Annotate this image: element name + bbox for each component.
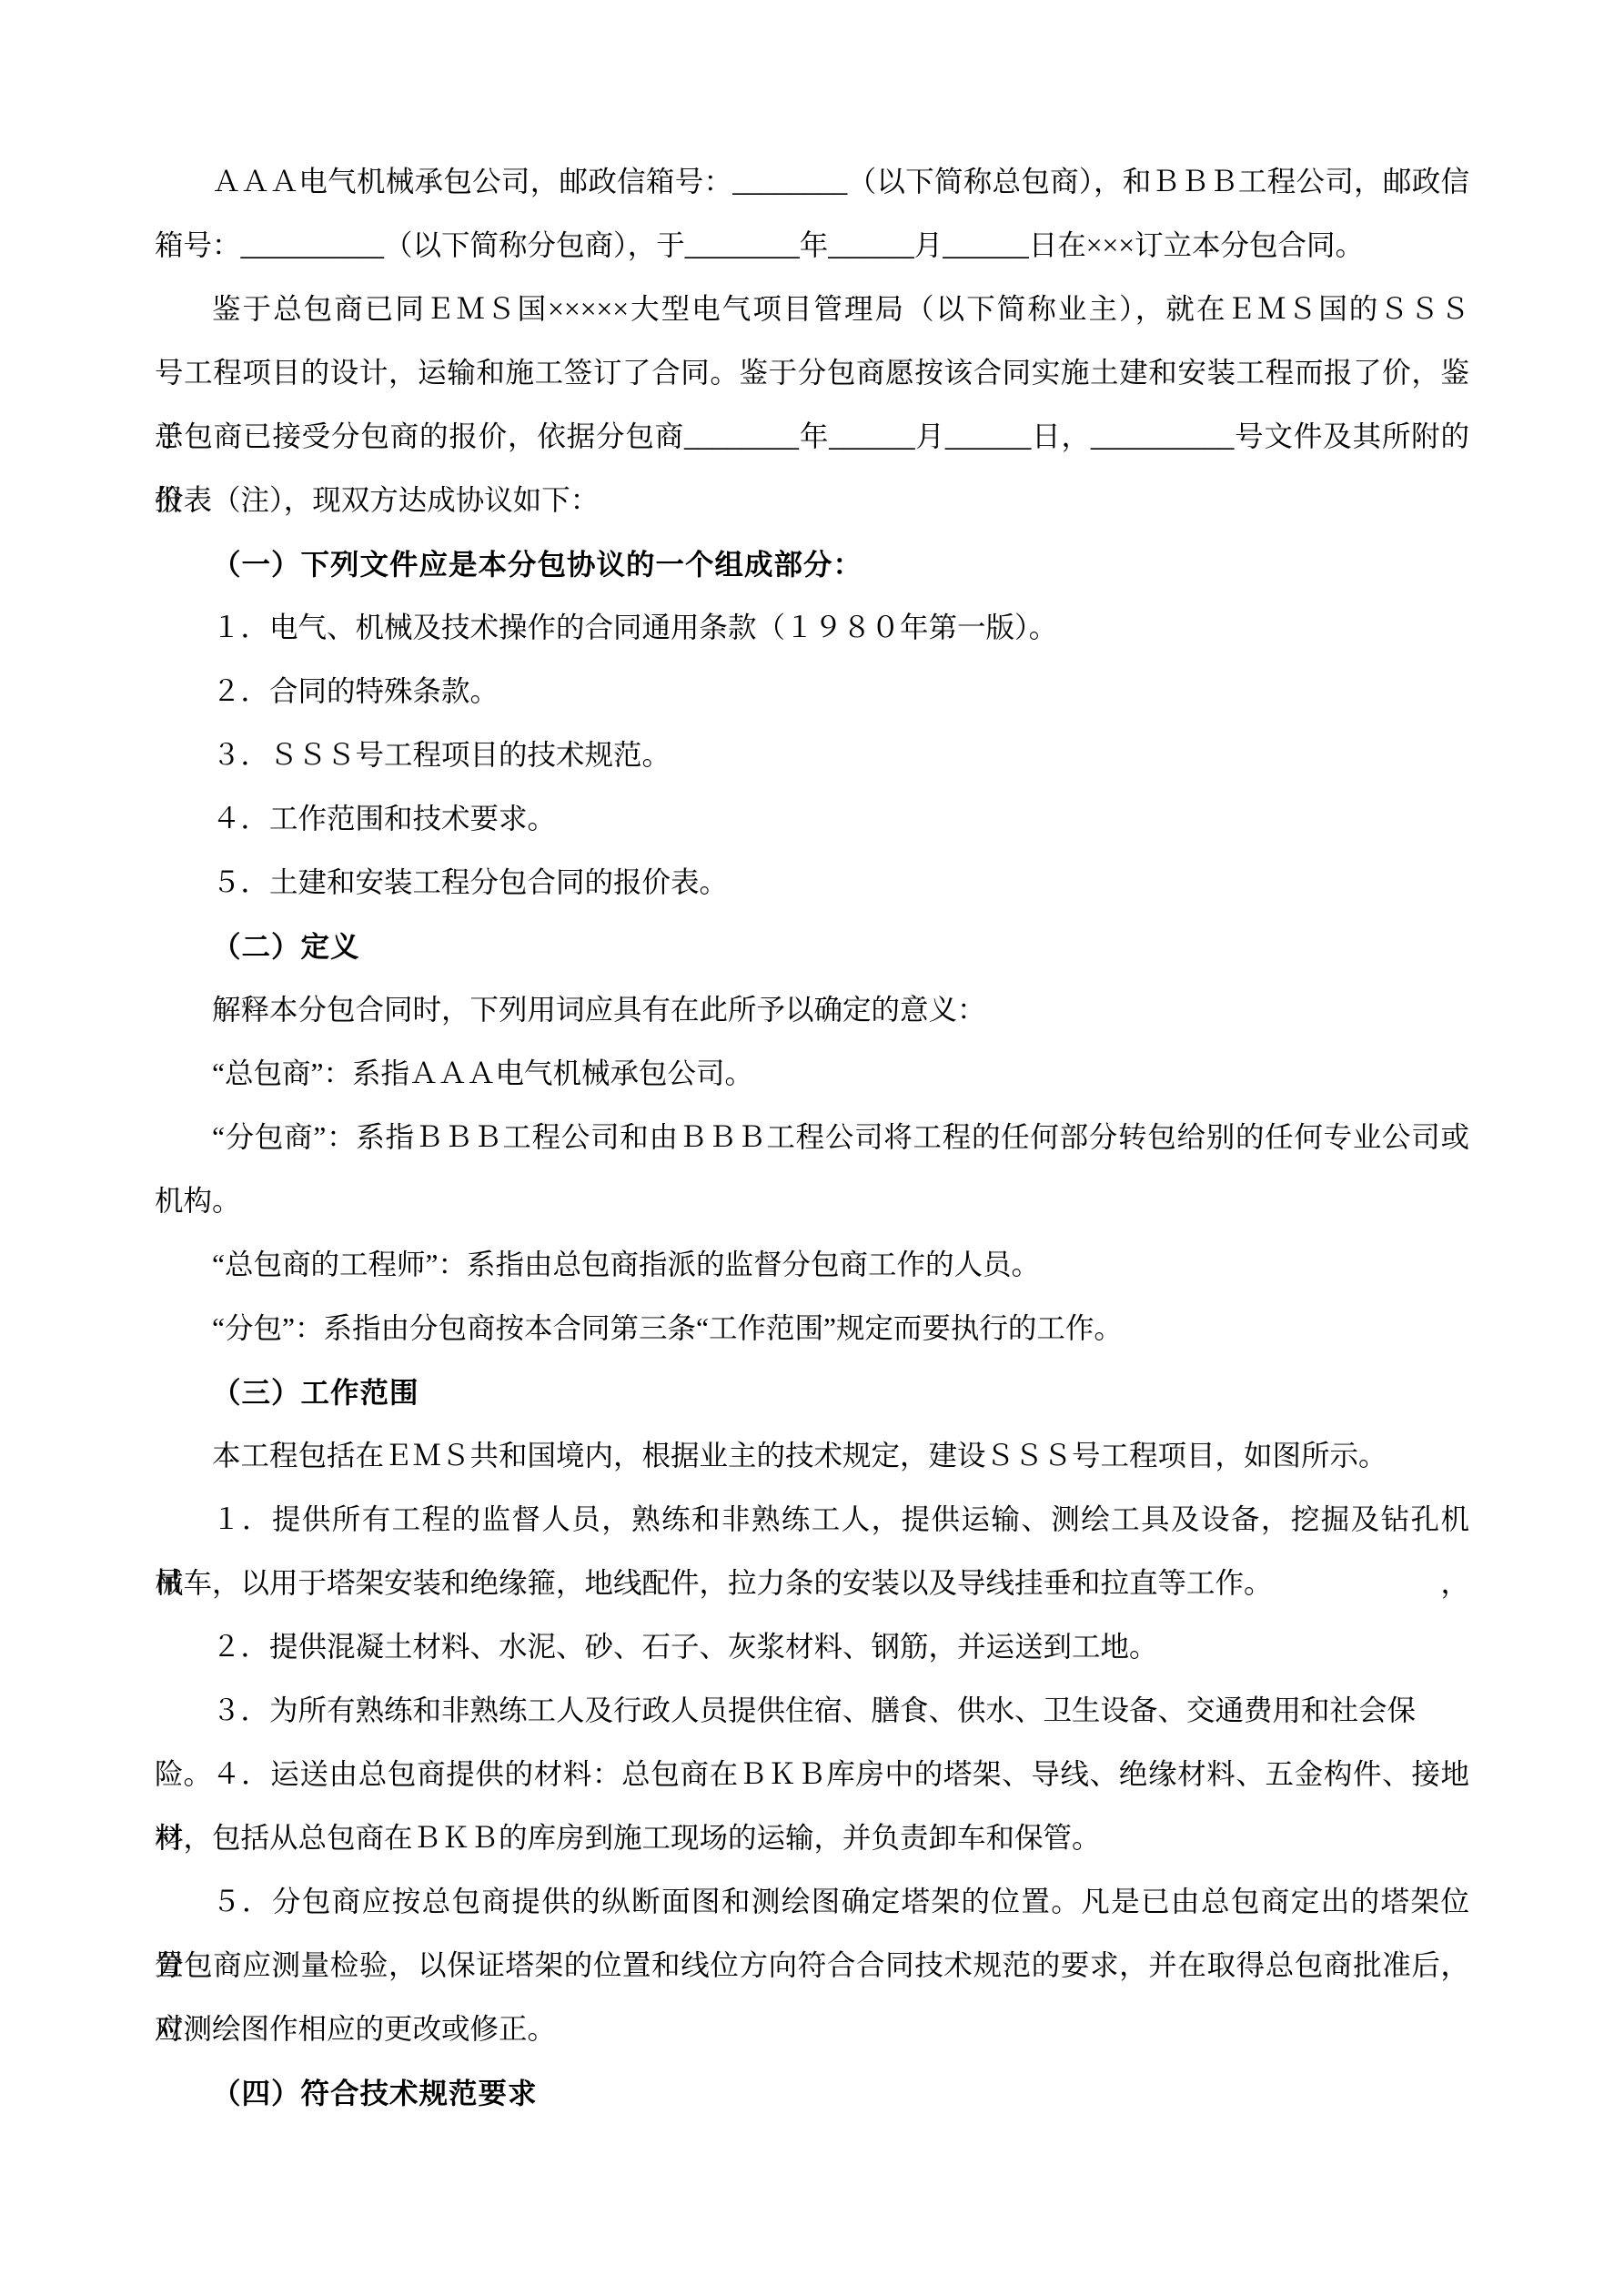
document-line: ３．为所有熟练和非熟练工人及行政人员提供住宿、膳食、供水、卫生设备、交通费用和社… [155,1679,1469,1743]
list-item: ３．ＳＳＳ号工程项目的技术规范。 [155,723,1469,787]
section-heading: （三）工作范围 [155,1360,1469,1424]
paragraph: “分包商”：系指ＢＢＢ工程公司和由ＢＢＢ工程公司将工程的任何部分转包给别的任何专… [155,1106,1469,1233]
document-page: ＡＡＡ电气机械承包公司，邮政信箱号：________（以下简称总包商），和ＢＢＢ… [0,0,1624,2296]
document-line: “分包商”：系指ＢＢＢ工程公司和由ＢＢＢ工程公司将工程的任何部分转包给别的任何专… [155,1106,1469,1169]
list-item: ４．运送由总包商提供的材料：总包商在ＢＫＢ库房中的塔架、导线、绝缘材料、五金构件… [155,1743,1469,1870]
list-item: １．提供所有工程的监督人员，熟练和非熟练工人，提供运输、测绘工具及设备，挖掘及钻… [155,1488,1469,1615]
document-line: 料，包括从总包商在ＢＫＢ的库房到施工现场的运输，并负责卸车和保管。 [155,1806,1469,1870]
document-line: 吊车，以用于塔架安装和绝缘箍，地线配件，拉力条的安装以及导线挂垂和拉直等工作。 [155,1552,1469,1615]
document-line: ４．运送由总包商提供的材料：总包商在ＢＫＢ库房中的塔架、导线、绝缘材料、五金构件… [155,1743,1469,1806]
document-line: 号工程项目的设计，运输和施工签订了合同。鉴于分包商愿按该合同实施土建和安装工程而… [155,341,1469,405]
document-line: 机构。 [155,1169,1469,1233]
paragraph: ＡＡＡ电气机械承包公司，邮政信箱号：________（以下简称总包商），和ＢＢＢ… [155,150,1469,278]
paragraph: “分包”：系指由分包商按本合同第三条“工作范围”规定而要执行的工作。 [155,1297,1469,1360]
list-item: １．电气、机械及技术操作的合同通用条款（１９８０年第一版）。 [155,596,1469,660]
document-line: 本工程包括在ＥＭＳ共和国境内，根据业主的技术规定，建设ＳＳＳ号工程项目，如图所示… [155,1424,1469,1488]
document-line: 鉴于总包商已同ＥＭＳ国×××××大型电气项目管理局（以下简称业主），就在ＥＭＳ国… [155,278,1469,341]
document-line: “分包”：系指由分包商按本合同第三条“工作范围”规定而要执行的工作。 [155,1297,1469,1360]
section-heading-line: （一）下列文件应是本分包协议的一个组成部分： [155,532,1469,596]
contract-document: ＡＡＡ电气机械承包公司，邮政信箱号：________（以下简称总包商），和ＢＢＢ… [155,150,1469,2125]
paragraph: 本工程包括在ＥＭＳ共和国境内，根据业主的技术规定，建设ＳＳＳ号工程项目，如图所示… [155,1424,1469,1488]
list-item: ５．土建和安装工程分包合同的报价表。 [155,851,1469,915]
document-line: 总包商已接受分包商的报价，依据分包商________年______月______… [155,405,1469,469]
section-heading-line: （四）符合技术规范要求 [155,2061,1469,2125]
list-item: ３．为所有熟练和非熟练工人及行政人员提供住宿、膳食、供水、卫生设备、交通费用和社… [155,1679,1469,1743]
document-line: ２．提供混凝土材料、水泥、砂、石子、灰浆材料、钢筋，并运送到工地。 [155,1615,1469,1679]
document-line: 分包商应测量检验，以保证塔架的位置和线位方向符合合同技术规范的要求，并在取得总包… [155,1934,1469,1998]
section-heading: （四）符合技术规范要求 [155,2061,1469,2125]
document-line: ５．分包商应按总包商提供的纵断面图和测绘图确定塔架的位置。凡是已由总包商定出的塔… [155,1870,1469,1934]
section-heading: （一）下列文件应是本分包协议的一个组成部分： [155,532,1469,596]
document-line: １．提供所有工程的监督人员，熟练和非熟练工人，提供运输、测绘工具及设备，挖掘及钻… [155,1488,1469,1552]
list-item: ２．提供混凝土材料、水泥、砂、石子、灰浆材料、钢筋，并运送到工地。 [155,1615,1469,1679]
paragraph: “总包商”：系指ＡＡＡ电气机械承包公司。 [155,1042,1469,1106]
section-heading: （二）定义 [155,915,1469,978]
section-heading-line: （三）工作范围 [155,1360,1469,1424]
document-line: ２．合同的特殊条款。 [155,660,1469,723]
document-line: ４．工作范围和技术要求。 [155,787,1469,851]
document-line: １．电气、机械及技术操作的合同通用条款（１９８０年第一版）。 [155,596,1469,660]
list-item: ５．分包商应按总包商提供的纵断面图和测绘图确定塔架的位置。凡是已由总包商定出的塔… [155,1870,1469,2061]
document-line: ＡＡＡ电气机械承包公司，邮政信箱号：________（以下简称总包商），和ＢＢＢ… [155,150,1469,214]
document-line: 对测绘图作相应的更改或修正。 [155,1998,1469,2061]
section-heading-line: （二）定义 [155,915,1469,978]
document-line: ３．ＳＳＳ号工程项目的技术规范。 [155,723,1469,787]
document-line: “总包商的工程师”：系指由总包商指派的监督分包商工作的人员。 [155,1233,1469,1297]
document-line: “总包商”：系指ＡＡＡ电气机械承包公司。 [155,1042,1469,1106]
document-line: 箱号：__________（以下简称分包商），于________年______月… [155,214,1469,278]
document-line: 解释本分包合同时，下列用词应具有在此所予以确定的意义： [155,978,1469,1042]
list-item: ２．合同的特殊条款。 [155,660,1469,723]
paragraph: “总包商的工程师”：系指由总包商指派的监督分包商工作的人员。 [155,1233,1469,1297]
document-line: 价表（注），现双方达成协议如下： [155,469,1469,532]
paragraph: 鉴于总包商已同ＥＭＳ国×××××大型电气项目管理局（以下简称业主），就在ＥＭＳ国… [155,278,1469,532]
paragraph: 解释本分包合同时，下列用词应具有在此所予以确定的意义： [155,978,1469,1042]
document-line: ５．土建和安装工程分包合同的报价表。 [155,851,1469,915]
list-item: ４．工作范围和技术要求。 [155,787,1469,851]
